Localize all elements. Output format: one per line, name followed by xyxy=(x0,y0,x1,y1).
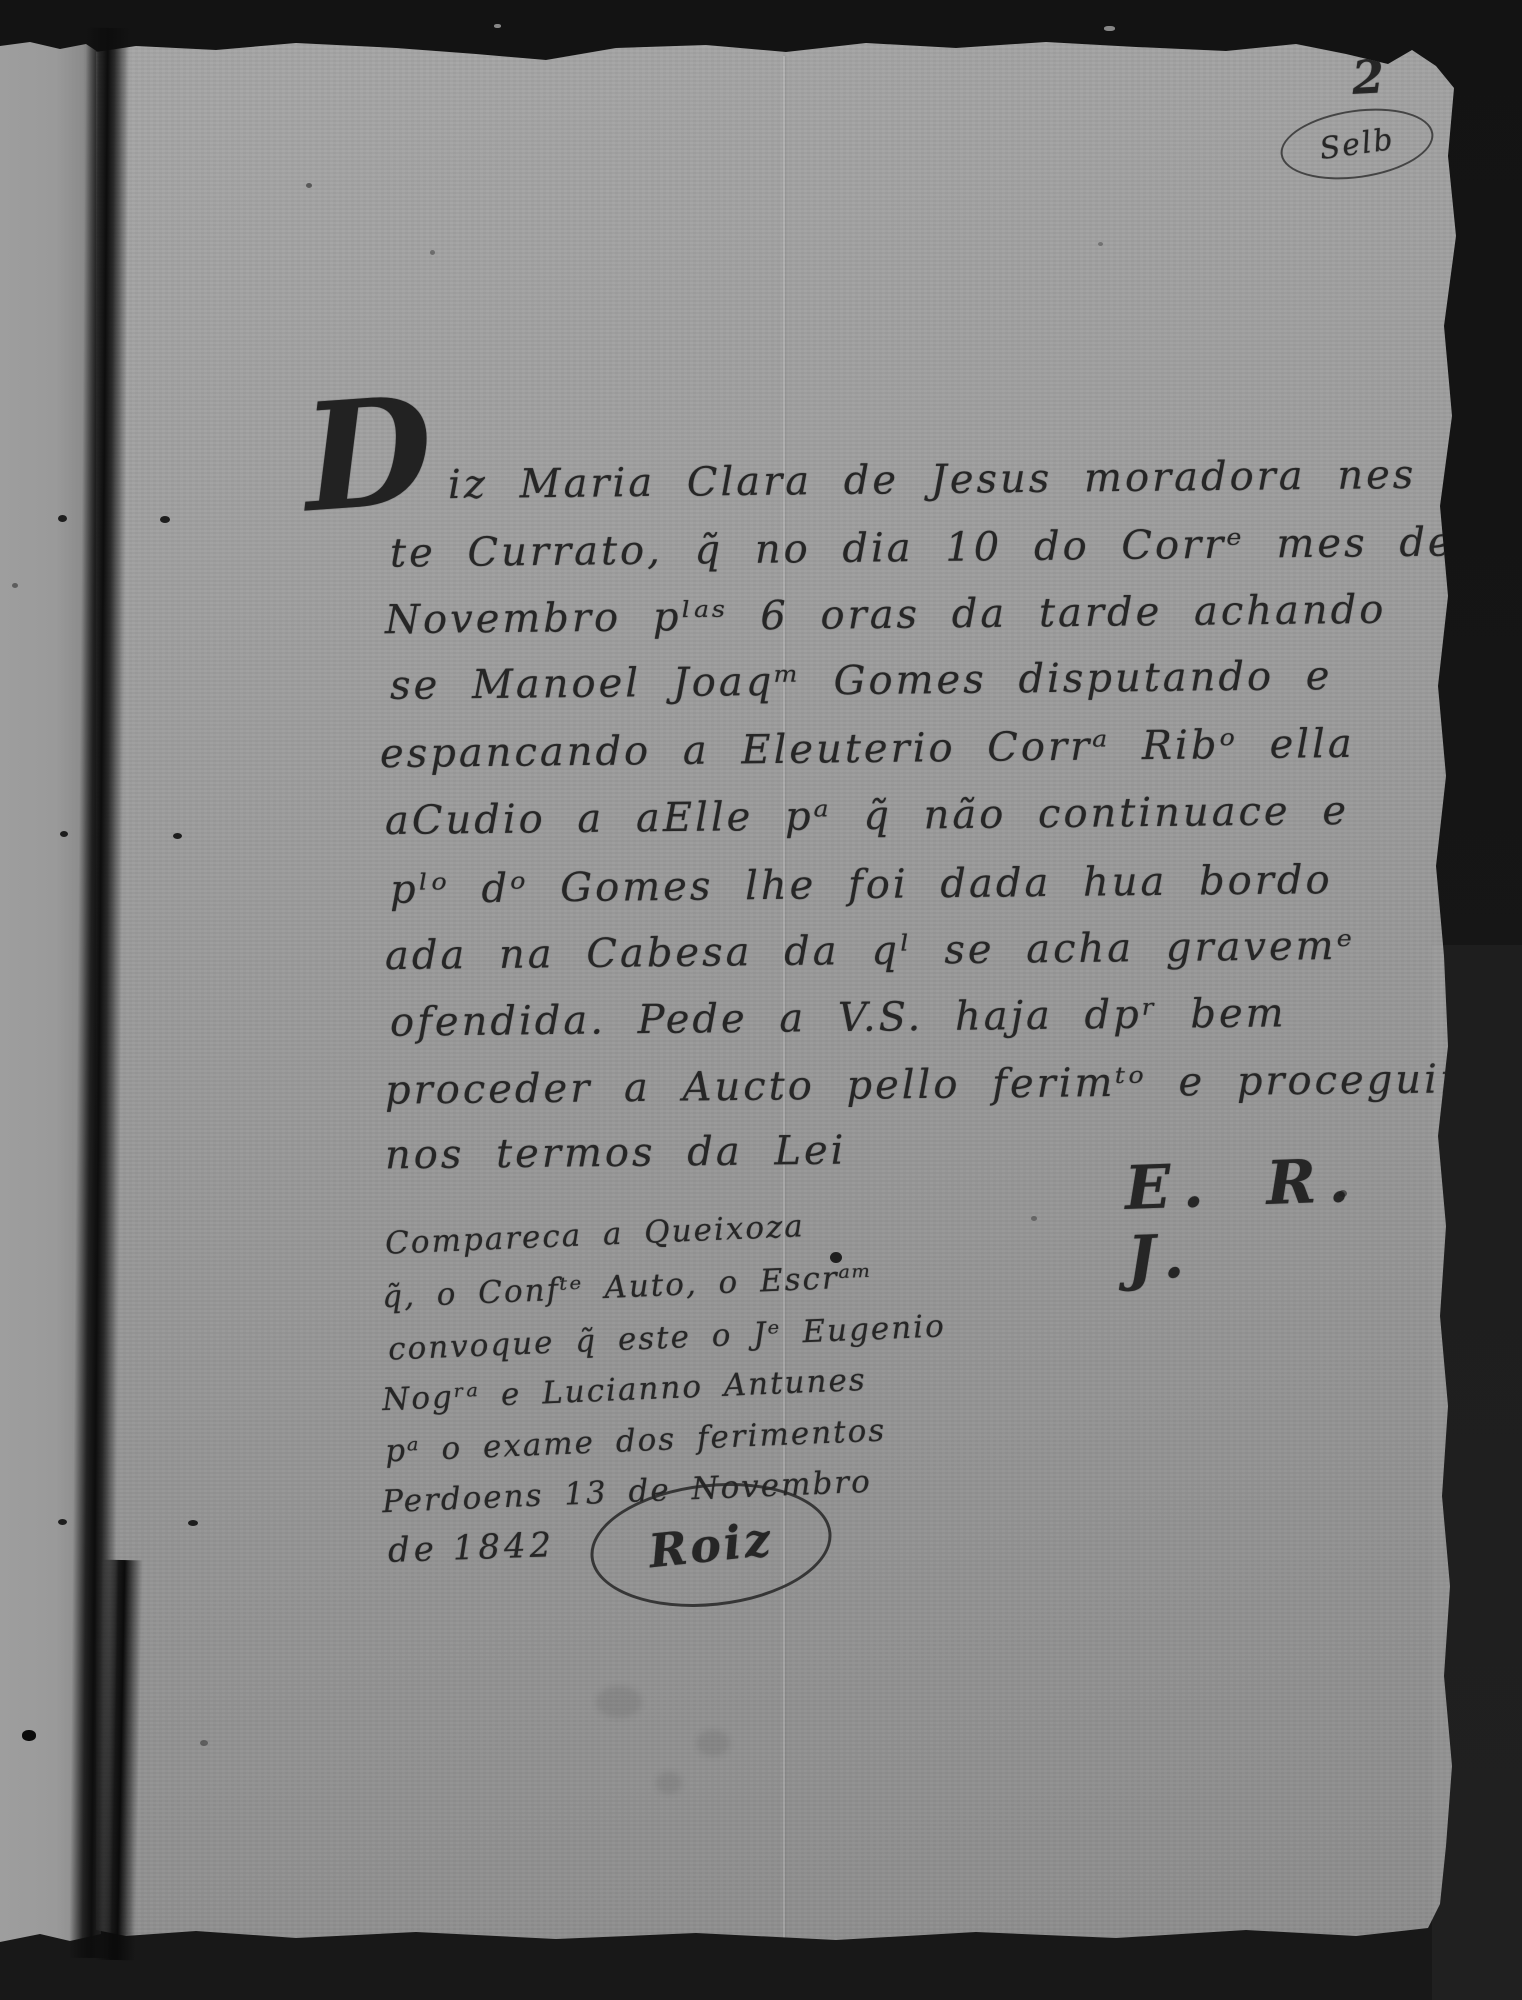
stamp-text: Selb xyxy=(1317,121,1396,166)
petition-line: proceder a Aucto pello ferimᵗᵒ e procegu… xyxy=(385,1056,1462,1113)
ink-blot xyxy=(830,1252,842,1263)
despacho-line: convoque q̃ este o Jᵉ Eugenio xyxy=(387,1308,946,1367)
ink-speck xyxy=(160,516,170,523)
ink-speck xyxy=(58,515,67,522)
petition-line: pˡᵒ dᵒ Gomes lhe foi dada hua bordo xyxy=(390,857,1333,913)
ink-speck xyxy=(1339,1190,1347,1197)
book-gutter-shadow xyxy=(95,1560,143,1961)
petition-line: se Manoel Joaqᵐ Gomes disputando e xyxy=(390,653,1333,709)
ink-speck xyxy=(188,1520,198,1526)
petition-line: Novembro pˡᵃˢ 6 oras da tarde achando xyxy=(385,587,1387,643)
scanned-manuscript-page: 2 Selb D iz Maria Clara de Jesus morador… xyxy=(0,0,1522,2000)
ink-speck xyxy=(173,833,182,839)
ink-speck xyxy=(306,183,312,188)
scanner-background-seam xyxy=(1432,945,1522,2000)
petition-line: ofendida. Pede a V.S. haja dpʳ bem xyxy=(390,990,1287,1045)
scan-glint xyxy=(1104,26,1115,31)
rubric-text: Roiz xyxy=(646,1512,775,1579)
petition-line: ada na Cabesa da qˡ se acha gravemᵉ xyxy=(385,923,1356,979)
scan-glint xyxy=(494,24,501,28)
despacho-line: q̃, o Confᵗᵉ Auto, o Escrᵃᵐ xyxy=(381,1259,874,1316)
notary-rubric-stamp: Selb xyxy=(1276,100,1438,189)
petitioner-signature: E. R. J. xyxy=(1124,1142,1471,1294)
page-number: 2 xyxy=(1351,49,1386,105)
ink-speck xyxy=(430,250,435,255)
show-through-smudge xyxy=(656,1772,682,1794)
petition-line: iz Maria Clara de Jesus moradora nes xyxy=(448,452,1417,508)
petition-line: nos termos da Lei xyxy=(385,1128,847,1179)
despacho-line: pᵃ o exame dos ferimentos xyxy=(384,1413,886,1470)
ink-blot xyxy=(22,1730,36,1741)
despacho-line: Nogʳᵃ e Lucianno Antunes xyxy=(381,1362,867,1418)
manuscript-page: 2 Selb D iz Maria Clara de Jesus morador… xyxy=(96,36,1468,1952)
petition-line: te Currato, q̃ no dia 10 do Corrᵉ mes de xyxy=(390,519,1455,576)
ink-speck xyxy=(60,831,68,837)
show-through-smudge xyxy=(696,1730,730,1756)
ink-speck xyxy=(1098,242,1103,246)
ink-speck xyxy=(58,1519,67,1525)
despacho-line: Compareca a Queixoza xyxy=(384,1208,805,1262)
petition-initial-capital: D xyxy=(301,400,436,509)
despacho-year: de 1842 xyxy=(387,1525,556,1571)
ink-speck xyxy=(1031,1216,1037,1221)
ink-speck xyxy=(200,1740,208,1746)
petition-line: aCudio a aElle pᵃ q̃ não continuace e xyxy=(385,788,1349,844)
ink-speck xyxy=(12,583,18,588)
show-through-smudge xyxy=(596,1686,642,1718)
petition-line: espancando a Eleuterio Corrᵃ Ribᵒ ella xyxy=(380,721,1355,777)
